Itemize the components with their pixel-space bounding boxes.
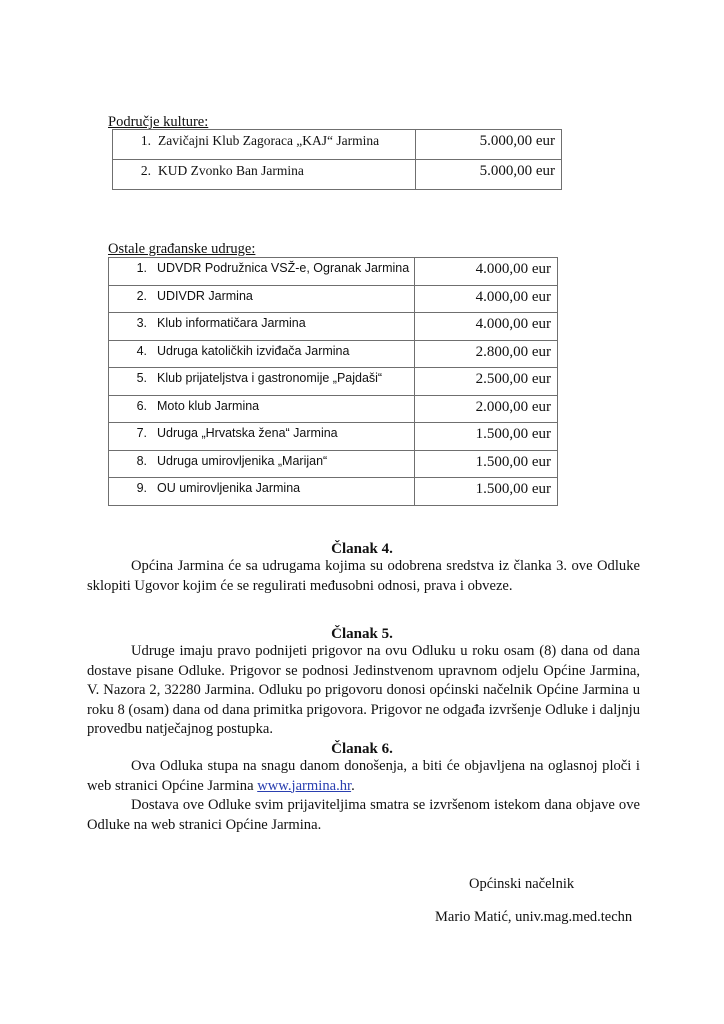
article-5-heading: Članak 5. bbox=[0, 626, 724, 643]
row-number: 1. bbox=[131, 133, 151, 149]
table-row: 6.Moto klub Jarmina2.000,00 eur bbox=[109, 395, 558, 423]
table-row: 9.OU umirovljenika Jarmina1.500,00 eur bbox=[109, 478, 558, 506]
article-4-heading: Članak 4. bbox=[0, 541, 724, 558]
grant-amount: 4.000,00 eur bbox=[415, 313, 558, 341]
grant-amount: 1.500,00 eur bbox=[415, 423, 558, 451]
table-row: 1. Zavičajni Klub Zagoraca „KAJ“ Jarmina… bbox=[113, 130, 562, 160]
table-row: 2. KUD Zvonko Ban Jarmina 5.000,00 eur bbox=[113, 160, 562, 190]
article-5-text: Udruge imaju pravo podnijeti prigovor na… bbox=[87, 642, 640, 740]
grant-amount: 4.000,00 eur bbox=[415, 285, 558, 313]
row-number: 7. bbox=[127, 426, 147, 440]
grant-amount: 5.000,00 eur bbox=[416, 130, 562, 160]
grant-amount: 4.000,00 eur bbox=[415, 258, 558, 286]
website-link[interactable]: www.jarmina.hr bbox=[257, 778, 351, 794]
association-name: OU umirovljenika Jarmina bbox=[157, 481, 300, 495]
row-number: 1. bbox=[127, 261, 147, 275]
association-name: UDIVDR Jarmina bbox=[157, 289, 253, 303]
grant-amount: 1.500,00 eur bbox=[415, 450, 558, 478]
article-6-heading: Članak 6. bbox=[0, 741, 724, 758]
grant-amount: 1.500,00 eur bbox=[415, 478, 558, 506]
association-name: KUD Zvonko Ban Jarmina bbox=[158, 163, 304, 179]
table-row: 8.Udruga umirovljenika „Marijan“1.500,00… bbox=[109, 450, 558, 478]
grant-amount: 5.000,00 eur bbox=[416, 160, 562, 190]
row-number: 2. bbox=[131, 163, 151, 179]
row-number: 3. bbox=[127, 316, 147, 330]
table-row: 5.Klub prijateljstva i gastronomije „Paj… bbox=[109, 368, 558, 396]
culture-section-label: Područje kulture: bbox=[108, 114, 208, 130]
table-row: 7.Udruga „Hrvatska žena“ Jarmina1.500,00… bbox=[109, 423, 558, 451]
association-name: Zavičajni Klub Zagoraca „KAJ“ Jarmina bbox=[158, 133, 379, 149]
row-number: 6. bbox=[127, 399, 147, 413]
row-number: 2. bbox=[127, 289, 147, 303]
article-6-delivery-text: Dostava ove Odluke svim prijaviteljima s… bbox=[87, 796, 640, 835]
association-name: Moto klub Jarmina bbox=[157, 399, 259, 413]
row-number: 8. bbox=[127, 454, 147, 468]
table-row: 4.Udruga katoličkih izviđača Jarmina2.80… bbox=[109, 340, 558, 368]
association-name: Udruga katoličkih izviđača Jarmina bbox=[157, 344, 349, 358]
table-row: 2.UDIVDR Jarmina4.000,00 eur bbox=[109, 285, 558, 313]
association-name: UDVDR Podružnica VSŽ-e, Ogranak Jarmina bbox=[157, 261, 409, 275]
civic-section-label: Ostale građanske udruge: bbox=[108, 241, 255, 257]
article-4-text: Općina Jarmina će sa udrugama kojima su … bbox=[87, 557, 640, 596]
association-name: Udruga umirovljenika „Marijan“ bbox=[157, 454, 327, 468]
grant-amount: 2.000,00 eur bbox=[415, 395, 558, 423]
row-number: 4. bbox=[127, 344, 147, 358]
table-row: 3.Klub informatičara Jarmina4.000,00 eur bbox=[109, 313, 558, 341]
article-6-text: Ova Odluka stupa na snagu danom donošenj… bbox=[87, 757, 640, 796]
association-name: Udruga „Hrvatska žena“ Jarmina bbox=[157, 426, 338, 440]
signature-name: Mario Matić, univ.mag.med.techn bbox=[435, 909, 632, 926]
association-name: Klub prijateljstva i gastronomije „Pajda… bbox=[157, 371, 382, 385]
culture-grants-table: 1. Zavičajni Klub Zagoraca „KAJ“ Jarmina… bbox=[112, 129, 562, 190]
grant-amount: 2.500,00 eur bbox=[415, 368, 558, 396]
signature-title: Općinski načelnik bbox=[469, 876, 574, 893]
civic-grants-table: 1.UDVDR Podružnica VSŽ-e, Ogranak Jarmin… bbox=[108, 257, 558, 506]
table-row: 1.UDVDR Podružnica VSŽ-e, Ogranak Jarmin… bbox=[109, 258, 558, 286]
row-number: 9. bbox=[127, 481, 147, 495]
grant-amount: 2.800,00 eur bbox=[415, 340, 558, 368]
association-name: Klub informatičara Jarmina bbox=[157, 316, 306, 330]
row-number: 5. bbox=[127, 371, 147, 385]
